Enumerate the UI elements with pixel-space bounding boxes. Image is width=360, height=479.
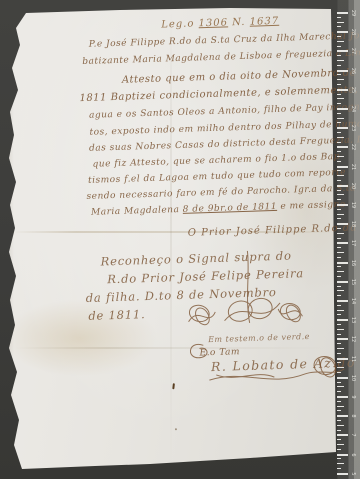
ruler-tick <box>337 410 341 411</box>
archive-reference-note: Leg.o 1306 N. 1637 <box>161 16 279 31</box>
manuscript-line: que fiz Attesto, que se acharem o fio 1.… <box>92 152 343 170</box>
ruler-tick <box>337 415 348 417</box>
ruler-tick <box>337 286 341 287</box>
ruler-tick <box>337 266 341 267</box>
ruler-tick <box>337 295 341 296</box>
flourish-right-squiggle <box>278 308 302 317</box>
ruler-tick <box>337 353 341 354</box>
ruler-tick <box>337 151 341 152</box>
ruler-tick <box>337 463 344 464</box>
ruler-label: 11 <box>350 354 356 364</box>
ruler-label: 22 <box>350 142 356 152</box>
ruler-tick <box>337 242 348 244</box>
ruler-tick <box>337 362 341 363</box>
ruler-tick <box>337 324 341 325</box>
manuscript-line: tos, exposto indo em milho dentro dos Pi… <box>89 119 360 138</box>
ruler-tick <box>337 41 344 42</box>
ruler-tick <box>337 300 348 302</box>
ruler-tick <box>337 50 348 52</box>
ruler-label: 19 <box>350 200 356 210</box>
manuscript-line: P.e José Filippe R.do da S.ta Cruz da Il… <box>89 31 360 50</box>
manuscript-line: das suas Nobres Casas do districto desta… <box>89 135 360 154</box>
flourish-right-knot <box>279 302 302 322</box>
ruler-tick <box>337 156 344 157</box>
ruler-label: 28 <box>350 27 356 37</box>
date-line-underlined: 8 de 9br.o de 1811 <box>183 202 278 215</box>
ruler-tick <box>337 329 344 330</box>
ruler-tick <box>337 401 341 402</box>
ruler-tick <box>337 314 341 315</box>
ruler-tick <box>337 372 341 373</box>
manuscript-line: 1811 Baptizei condicionalmente, e solemn… <box>79 84 358 104</box>
ruler-tick <box>337 319 348 321</box>
ruler-tick <box>337 449 341 450</box>
archive-ref-n-label: N. <box>232 17 246 28</box>
ruler-tick <box>337 473 348 475</box>
ruler-label: 15 <box>350 277 356 287</box>
ruler-tick <box>337 22 344 23</box>
ruler-tick <box>337 458 341 459</box>
flourish-center-loop <box>226 299 254 324</box>
ruler-tick <box>337 74 341 75</box>
ruler-tick <box>337 209 341 210</box>
ruler-tick <box>337 439 341 440</box>
archive-scan: Leg.o 1306 N. 1637 P.e José Filippe R.do… <box>0 0 360 479</box>
ruler-label: 17 <box>350 238 356 248</box>
ruler-tick <box>337 122 341 123</box>
recognition-line: de 1811. <box>88 307 146 323</box>
ruler-tick <box>337 60 344 61</box>
ruler-tick <box>337 204 348 206</box>
ruler-tick <box>337 382 341 383</box>
date-line-pre: Maria Magdalena <box>91 205 183 218</box>
ruler-tick <box>337 98 344 99</box>
ruler-tick <box>337 142 341 143</box>
archive-ref-prefix: Leg.o <box>161 18 195 30</box>
manuscript-line: Attesto que em o dia oito de Novembro de <box>122 67 356 85</box>
ruler-tick <box>337 31 348 33</box>
ruler-tick <box>337 276 341 277</box>
flourish-left-knot <box>187 303 211 324</box>
ruler-tick <box>337 377 348 379</box>
ruler-label: 12 <box>350 334 356 344</box>
ruler-label: 21 <box>350 162 356 172</box>
ruler-tick <box>337 161 341 162</box>
manuscript-line: agua e os Santos Oleos a Antonio, filho … <box>89 102 360 121</box>
ruler-label: 27 <box>350 46 356 56</box>
ruler-label: 5 <box>350 469 356 479</box>
archive-ref-number-1: 1306 <box>198 17 228 29</box>
ruler-label: 16 <box>350 258 356 268</box>
ruler-tick <box>337 305 341 306</box>
flourish-left-squiggle <box>188 312 215 322</box>
ruler-tick <box>337 65 341 66</box>
ruler-tick <box>337 180 341 181</box>
ruler-tick <box>337 17 341 18</box>
ruler-tick <box>337 348 344 349</box>
manuscript-line: tismos f.el da Lagoa em tudo que tudo co… <box>88 168 346 186</box>
ruler-tick <box>337 146 348 148</box>
ruler-tick <box>337 55 341 56</box>
ruler-tick <box>337 334 341 335</box>
ruler-tick <box>337 430 341 431</box>
ruler-tick <box>337 454 348 456</box>
ruler-tick <box>337 281 348 283</box>
ruler-label: 9 <box>350 392 356 402</box>
ruler-label: 14 <box>350 296 356 306</box>
ruler-tick <box>337 228 341 229</box>
ruler-label: 26 <box>350 66 356 76</box>
ruler-tick <box>337 434 348 436</box>
ruler-label: 18 <box>350 219 356 229</box>
ink-mark <box>172 383 175 389</box>
ruler-tick <box>337 223 348 225</box>
ruler-tick <box>337 12 348 14</box>
ruler-tick <box>337 132 341 133</box>
ruler-tick <box>337 386 344 387</box>
ruler-tick <box>337 190 341 191</box>
ruler-tick <box>337 199 341 200</box>
ruler-tick <box>337 103 341 104</box>
ruler-tick <box>337 262 348 264</box>
recognition-line: Reconheço o Signal supra do <box>100 249 291 269</box>
ruler-tick <box>337 310 344 311</box>
ruler-tick <box>337 194 344 195</box>
ruler-tick <box>337 94 341 95</box>
archive-ref-number-2: 1637 <box>250 16 280 28</box>
ruler-tick <box>337 420 341 421</box>
ruler-tick <box>337 406 344 407</box>
ruler-label: 13 <box>350 315 356 325</box>
ruler-label: 6 <box>350 450 356 460</box>
flourish-right-knot <box>284 303 304 325</box>
ruler-label: 10 <box>350 373 356 383</box>
ruler-tick <box>337 36 341 37</box>
ruler-tick <box>337 233 344 234</box>
ruler-label: 24 <box>350 104 356 114</box>
manuscript-date-line: Maria Magdalena 8 de 9br.o de 1811 e me … <box>91 200 346 218</box>
ruler-tick <box>337 290 344 291</box>
ruler-tick <box>337 271 344 272</box>
ruler-label: 23 <box>350 123 356 133</box>
flourish-signature-swash <box>216 373 274 379</box>
ruler-tick <box>337 166 348 168</box>
ruler-tick <box>337 343 341 344</box>
ruler: 2928272625242322212019181716151413121110… <box>336 0 360 479</box>
flourish-center-swash <box>224 303 280 321</box>
ruler-tick <box>337 84 341 85</box>
ruler-label: 29 <box>350 8 356 18</box>
ruler-tick <box>337 89 348 91</box>
ruler-tick <box>337 238 341 239</box>
ruler-tick <box>337 137 344 138</box>
ruler-label: 8 <box>350 411 356 421</box>
ruler-tick <box>337 175 344 176</box>
priest-signature: O Prior José Filippe R.do da S.e P.e <box>188 221 360 239</box>
ruler-tick <box>337 70 348 72</box>
ruler-tick <box>337 367 344 368</box>
ruler-tick <box>337 113 341 114</box>
manuscript-line: batizante Maria Magdalena de Lisboa e fr… <box>82 48 360 67</box>
ruler-tick <box>337 247 341 248</box>
ruler-label: 7 <box>350 430 356 440</box>
ruler-label: 20 <box>350 181 356 191</box>
ruler-tick <box>337 257 341 258</box>
ruler-tick <box>337 26 341 27</box>
ruler-label: 25 <box>350 85 356 95</box>
ruler-tick <box>337 46 341 47</box>
ruler-tick <box>337 338 348 340</box>
witness-note: Em testem.o de verd.e <box>208 332 310 344</box>
ruler-tick <box>337 468 341 469</box>
ruler-tick <box>337 218 341 219</box>
witness-abbrev: E.o Tam <box>199 347 240 358</box>
ruler-tick <box>337 252 344 253</box>
ruler-tick <box>337 108 348 110</box>
ink-layer: Leg.o 1306 N. 1637 P.e José Filippe R.do… <box>0 0 360 479</box>
ruler-tick <box>337 444 344 445</box>
manuscript-line: sendo necessario faro em fé do Parocho. … <box>86 183 356 201</box>
ruler-tick <box>337 127 348 129</box>
ruler-tick <box>337 185 348 187</box>
ruler-tick <box>337 118 344 119</box>
flourish-left-knot <box>193 306 212 328</box>
ink-speck <box>175 428 177 430</box>
ruler-tick <box>337 214 344 215</box>
ruler-tick <box>337 425 344 426</box>
ruler-tick <box>337 358 348 360</box>
ruler-tick <box>337 396 348 398</box>
recognition-line: R.do Prior José Felipe Pereira <box>107 266 304 286</box>
recognition-line: da filha. D.to 8 de Novembro <box>86 285 277 305</box>
ruler-tick <box>337 391 341 392</box>
ruler-tick <box>337 79 344 80</box>
ruler-tick <box>337 170 341 171</box>
